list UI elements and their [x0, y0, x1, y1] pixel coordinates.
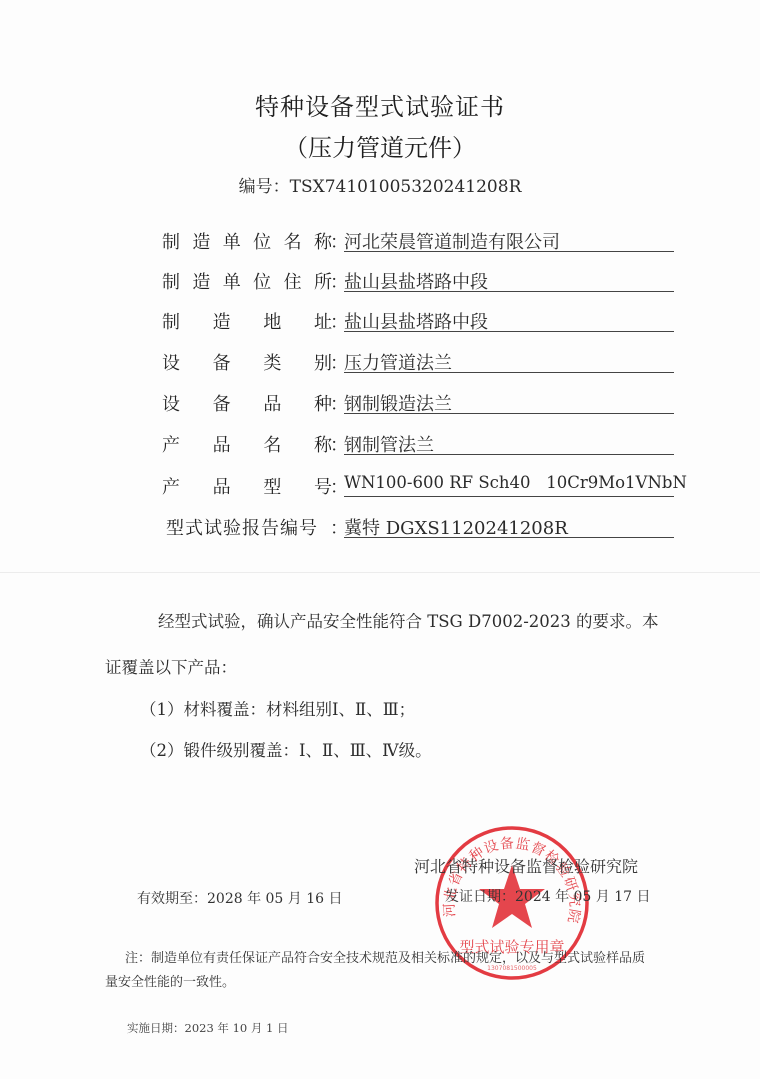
- effective-date: 实施日期：2023 年 10 月 1 日: [127, 1020, 289, 1036]
- valid-until: 有效期至：2028 年 05 月 16 日: [137, 888, 343, 908]
- field-label: 产品名称: [162, 431, 332, 457]
- field-row-equipment-category: 设备类别 ： 压力管道法兰: [162, 349, 674, 379]
- certificate-number: 编号：TSX74101005320241208R: [0, 172, 760, 197]
- field-row-manufacturer-address: 制造单位住所 ： 盐山县盐塔路中段: [162, 268, 674, 298]
- svg-text:1307081500005: 1307081500005: [487, 965, 537, 972]
- field-label: 制造单位名称: [162, 228, 332, 254]
- field-label: 产品型号: [162, 473, 332, 499]
- underline: [344, 331, 674, 332]
- field-row-test-report-number: 型式试验报告编号 ： 冀特 DGXS1120241208R: [162, 514, 674, 544]
- field-row-manufacturer-name: 制造单位名称 ： 河北荣晨管道制造有限公司: [162, 228, 674, 258]
- underline: [344, 251, 674, 252]
- underline: [344, 291, 674, 292]
- underline: [344, 413, 674, 414]
- field-label: 制造单位住所: [162, 268, 332, 294]
- issuer-name: 河北省特种设备监督检验研究院: [414, 854, 638, 877]
- underline: [344, 537, 674, 538]
- issue-date: 发证日期：2024 年 05 月 17 日: [445, 886, 651, 906]
- field-row-manufacturing-site: 制造地址 ： 盐山县盐塔路中段: [162, 308, 674, 338]
- field-label: 设备品种: [162, 390, 332, 416]
- body-paragraph-line-1: 经型式试验，确认产品安全性能符合 TSG D7002-2023 的要求。本: [158, 608, 659, 632]
- coverage-item-2: （2）锻件级别覆盖：Ⅰ、Ⅱ、Ⅲ、Ⅳ级。: [140, 737, 432, 761]
- note-line-1: 注：制造单位有责任保证产品符合安全技术规范及相关标准的规定，以及与型式试验样品质: [125, 947, 645, 966]
- field-value: WN100-600 RF Sch40 10Cr9Mo1VNbN: [344, 473, 687, 492]
- field-label: 设备类别: [162, 349, 332, 375]
- body-paragraph-line-2: 证覆盖以下产品：: [105, 654, 237, 678]
- field-row-product-model: 产品型号 ： WN100-600 RF Sch40 10Cr9Mo1VNbN: [162, 473, 674, 503]
- scan-fold-line: [0, 572, 760, 573]
- field-row-product-name: 产品名称 ： 钢制管法兰: [162, 431, 674, 461]
- certificate-subtitle: （压力管道元件）: [0, 128, 760, 163]
- field-label: 制造地址: [162, 308, 332, 334]
- certificate-number-label: 编号：: [239, 177, 290, 197]
- underline: [344, 372, 674, 373]
- underline: [344, 454, 674, 455]
- field-row-equipment-variety: 设备品种 ： 钢制锻造法兰: [162, 390, 674, 420]
- coverage-item-1: （1）材料覆盖：材料组别Ⅰ、Ⅱ、Ⅲ；: [140, 696, 415, 720]
- note-line-2: 量安全性能的一致性。: [105, 971, 235, 990]
- certificate-number-value: TSX74101005320241208R: [290, 177, 522, 197]
- certificate-title: 特种设备型式试验证书: [0, 87, 760, 122]
- underline: [344, 496, 674, 497]
- field-label: 型式试验报告编号: [166, 514, 336, 540]
